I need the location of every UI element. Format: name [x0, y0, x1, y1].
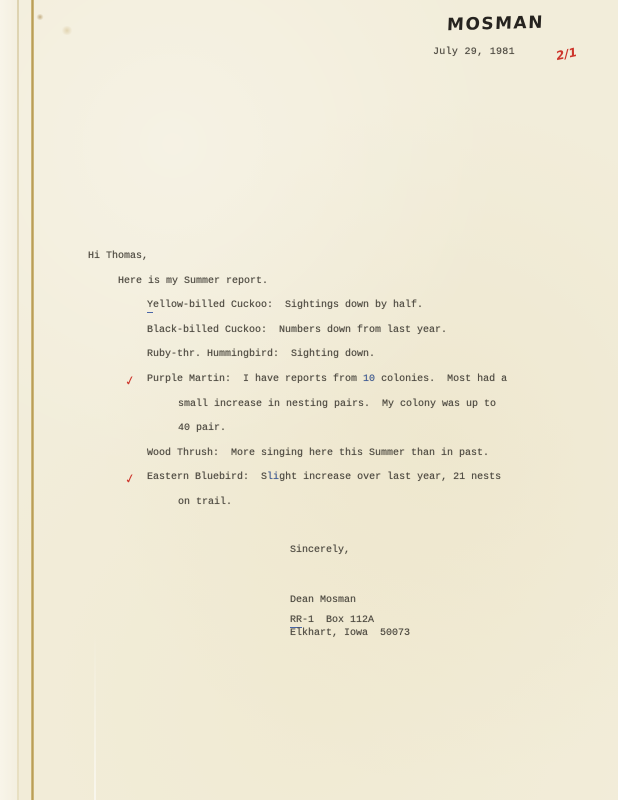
underlined-text: RR [290, 615, 302, 628]
text-segment: 40 pair. [178, 423, 226, 434]
signature-name: Dean Mosman [290, 595, 356, 606]
text-segment: Here is my Summer report. [118, 276, 268, 287]
red-checkmark-icon: ✓ [123, 467, 139, 493]
letter-line: ✓Eastern Bluebird: Slight increase over … [147, 466, 618, 491]
blue-ink-text: 10 [363, 374, 375, 385]
text-segment: small increase in nesting pairs. My colo… [178, 399, 496, 410]
text-segment: Hi Thomas, [88, 251, 148, 262]
letter-line: 40 pair. [178, 417, 618, 442]
paper-stain [61, 26, 73, 35]
text-segment: colonies. Most had a [375, 374, 507, 385]
letter-line: Ruby-thr. Hummingbird: Sighting down. [147, 343, 618, 368]
closing-signoff: Sincerely, [290, 545, 350, 556]
text-segment: Black-billed Cuckoo: Numbers down from l… [147, 325, 447, 336]
letter-line: on trail. [178, 491, 618, 516]
text-segment: Eastern Bluebird: [147, 472, 261, 483]
handwritten-name: MOSMAN [447, 13, 545, 36]
letter-line: Wood Thrush: More singing here this Summ… [147, 442, 618, 467]
red-checkmark-icon: ✓ [123, 369, 139, 395]
paper-crease [94, 630, 96, 800]
letter-line: Black-billed Cuckoo: Numbers down from l… [147, 319, 618, 344]
text-segment: Ruby-thr. Hummingbird: Sighting down. [147, 349, 375, 360]
text-segment: on trail. [178, 497, 232, 508]
letter-line: small increase in nesting pairs. My colo… [178, 393, 618, 418]
letter-date: July 29, 1981 [433, 47, 515, 58]
text-segment: Wood Thrush: More singing here this Summ… [147, 448, 489, 459]
text-segment: Purple Martin: I have reports from [147, 374, 363, 385]
letter-line: Hi Thomas, [88, 245, 618, 270]
letter-body: Hi Thomas,Here is my Summer report.Yello… [0, 245, 618, 516]
paper-stain [36, 14, 44, 20]
address-line-2: Elkhart, Iowa 50073 [290, 628, 410, 639]
text-segment: ght increase over last year, 21 nests [279, 472, 501, 483]
text-segment: -1 Box 112A [302, 615, 374, 626]
letter-line: Here is my Summer report. [118, 270, 618, 295]
letter-line: RR-1 Box 112A [290, 613, 374, 628]
text-segment: ellow-billed Cuckoo: Sightings down by h… [153, 300, 423, 311]
letter-line: Yellow-billed Cuckoo: Sightings down by … [147, 294, 618, 319]
address-line-1: RR-1 Box 112A [290, 613, 374, 628]
letter-line: ✓Purple Martin: I have reports from 10 c… [147, 368, 618, 393]
blue-ink-text: li [267, 472, 279, 483]
letter-page: { "colors": { "paper": "#f2edda", "ink":… [0, 0, 618, 800]
